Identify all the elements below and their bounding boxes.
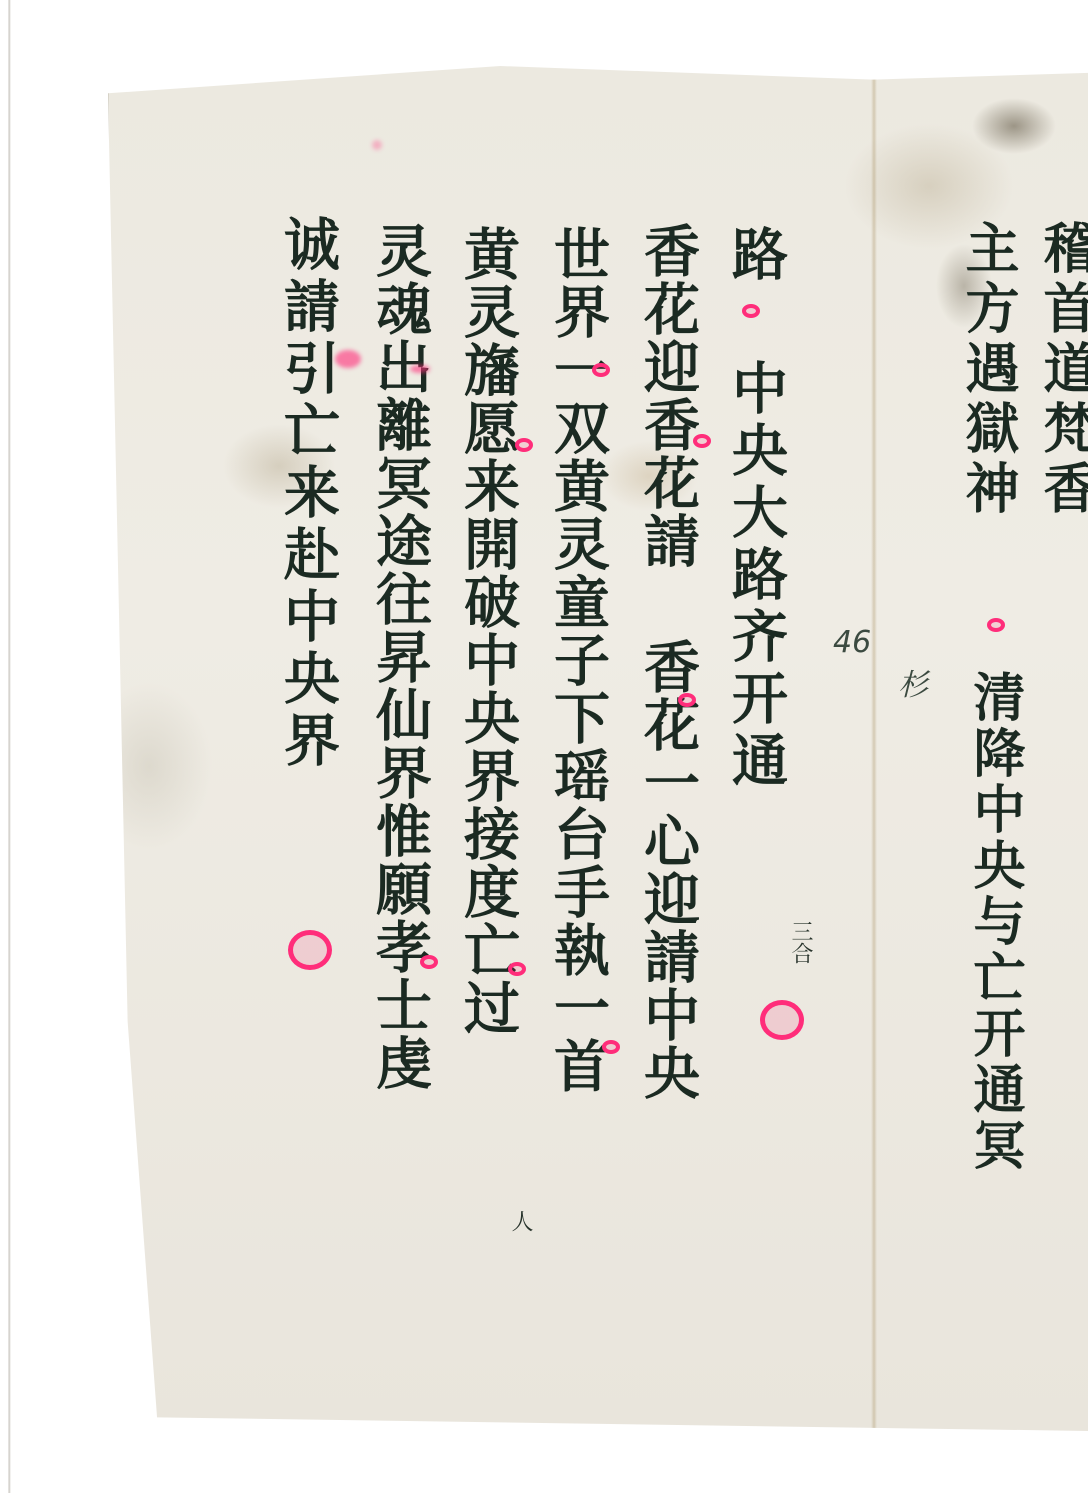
pencil-note-number: 46 (833, 625, 871, 660)
section-end-mark (288, 930, 332, 970)
manuscript-column-2: 主方遇獄神 (962, 220, 1016, 520)
punctuation-mark (678, 693, 696, 707)
punctuation-mark (742, 304, 760, 318)
manuscript-column-7: 黄灵旛愿来開破中央界接度亡过 (460, 225, 516, 1037)
punctuation-mark (592, 363, 610, 377)
punctuation-mark (515, 438, 533, 452)
interlinear-note-1: 三合 (785, 920, 816, 964)
manuscript-column-9: 诚請引亡来赴中央界 (280, 215, 336, 773)
punctuation-mark (602, 1040, 620, 1054)
page-fold (871, 66, 877, 1431)
manuscript-column-5: 香花迎香花請 香花一心迎請中央 (640, 222, 696, 1102)
pink-smudge (372, 140, 382, 150)
manuscript-column-1: 稽首道梵香 (1040, 220, 1088, 520)
manuscript-column-6: 世界一双黄灵童子下瑶台手執一首 (550, 225, 606, 1095)
interlinear-note-2: 人 (505, 1210, 536, 1232)
section-end-mark (760, 1000, 804, 1040)
punctuation-mark (693, 434, 711, 448)
scan-edge (0, 0, 14, 1493)
punctuation-mark (987, 618, 1005, 632)
pink-smudge (410, 365, 430, 373)
pencil-note-char: 杉 (898, 660, 928, 704)
punctuation-mark (508, 962, 526, 976)
manuscript-column-3: 清降中央与亡开通冥 (968, 670, 1020, 1174)
pink-smudge (335, 350, 361, 368)
punctuation-mark (420, 955, 438, 969)
